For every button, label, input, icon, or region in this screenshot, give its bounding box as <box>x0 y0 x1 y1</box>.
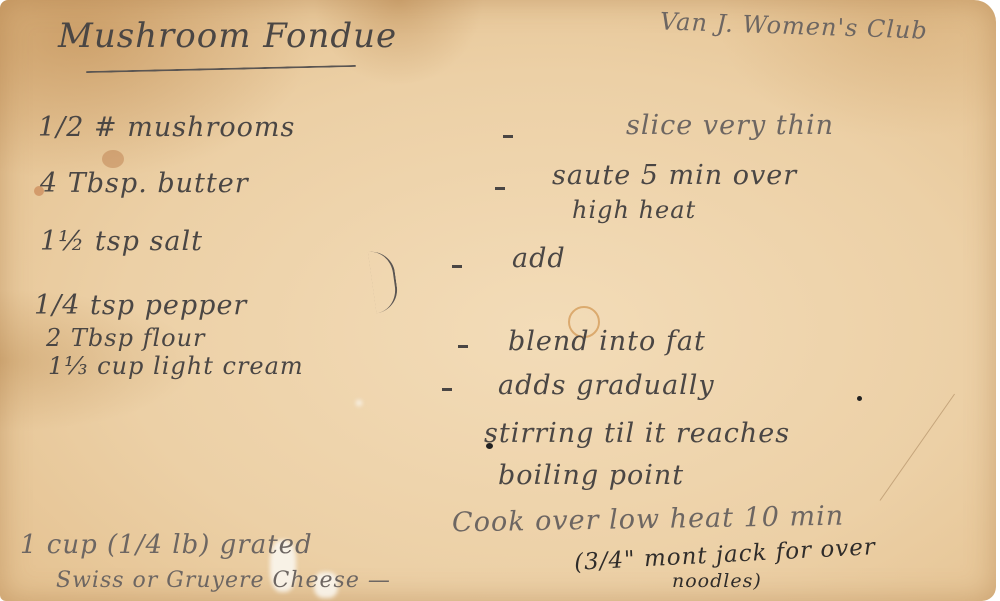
dash <box>503 135 513 138</box>
stain-spot <box>102 150 124 168</box>
ingredient-line: 1½ tsp salt <box>40 226 203 257</box>
crease-line <box>880 394 955 501</box>
worn-spot <box>356 400 362 406</box>
step-line: blend into fat <box>508 326 706 357</box>
step-line: Cook over low heat 10 min <box>452 501 845 539</box>
ingredient-line: 1/2 # mushrooms <box>38 112 295 143</box>
grouping-brace <box>368 249 400 314</box>
recipe-source: Van J. Women's Club <box>660 7 929 44</box>
dash <box>458 345 468 348</box>
recipe-title: Mushroom Fondue <box>58 16 397 56</box>
dash <box>442 388 452 391</box>
ingredient-line: 2 Tbsp flour <box>46 324 206 352</box>
ink-blot <box>857 396 862 401</box>
cheese-line: 1 cup (1/4 lb) grated <box>20 530 313 560</box>
cheese-line: Swiss or Gruyere Cheese — <box>56 568 391 593</box>
recipe-card: Mushroom Fondue Van J. Women's Club 1/2 … <box>0 0 996 601</box>
ingredient-line: 1⅓ cup light cream <box>48 352 304 380</box>
serving-note: noodles) <box>672 570 762 592</box>
ingredient-line: 4 Tbsp. butter <box>40 168 249 199</box>
step-line: high heat <box>572 196 696 224</box>
step-line: saute 5 min over <box>552 160 797 191</box>
dash <box>452 265 462 268</box>
step-line: slice very thin <box>626 110 834 141</box>
step-line: add <box>512 243 566 274</box>
dash <box>495 187 505 190</box>
step-line: boiling point <box>498 460 684 491</box>
ingredient-line: 1/4 tsp pepper <box>34 290 247 321</box>
step-line: stirring til it reaches <box>484 418 790 449</box>
title-underline <box>86 65 356 73</box>
step-line: adds gradually <box>498 370 715 401</box>
